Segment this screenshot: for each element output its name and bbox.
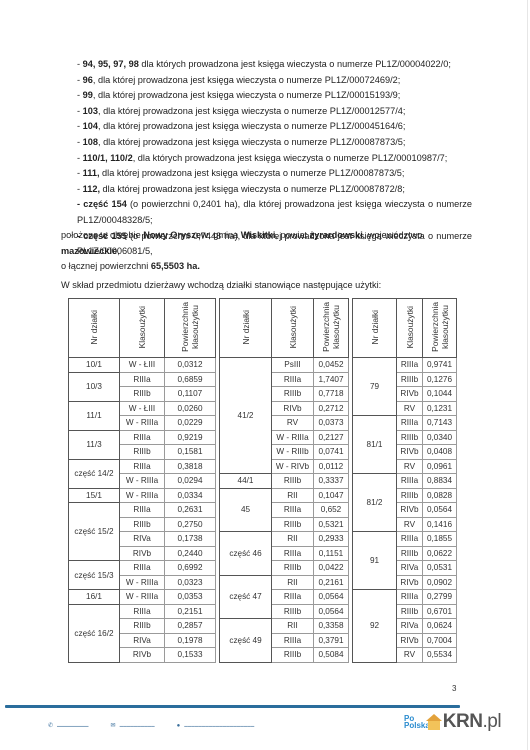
plot-number-cell: 10/3 [69, 372, 120, 401]
total-area-line: o łącznej powierzchni 65,5503 ha. [61, 259, 472, 275]
land-class-cell: RIIIb [397, 372, 423, 387]
table-row: 41/2PsIII0,0452 [220, 358, 349, 373]
area-cell: 0,2127 [314, 430, 349, 445]
county-name: żyrardowski [310, 230, 363, 240]
email-icon: ✉ [111, 722, 116, 729]
land-class-cell: W - ŁIII [120, 358, 165, 373]
land-class-cell: RV [397, 459, 423, 474]
land-class-cell: RIVa [120, 532, 165, 547]
land-class-cell: RIVb [397, 503, 423, 518]
commune-name: Wiskitki [241, 230, 276, 240]
header-class: Klasoużytki [272, 299, 314, 358]
area-cell: 0,2151 [165, 604, 216, 619]
land-class-cell: RII [272, 488, 314, 503]
area-cell: 0,7718 [314, 387, 349, 402]
area-cell: 0,0564 [314, 590, 349, 605]
land-class-cell: RII [272, 575, 314, 590]
plot-number-cell: część 15/2 [69, 503, 120, 561]
table-row: 45RII0,1047 [220, 488, 349, 503]
area-cell: 0,9741 [423, 358, 457, 373]
plot-number-cell: 11/1 [69, 401, 120, 430]
table-row: 16/1W - RIIIa0,0353 [69, 590, 216, 605]
land-class-cell: RIIIb [272, 517, 314, 532]
parcel-line: - 110/1, 110/2, dla których prowadzona j… [77, 151, 472, 167]
table-row: część 49RII0,3358 [220, 619, 349, 634]
area-cell: 0,0531 [423, 561, 457, 576]
krn-logo-text: KRN.pl [443, 711, 501, 733]
voivodeship-name: mazowieckie [61, 246, 117, 256]
area-cell: 0,1855 [423, 532, 457, 547]
land-class-cell: W - RIIIa [120, 590, 165, 605]
area-cell: 0,3337 [314, 474, 349, 489]
plot-number-cell: 41/2 [220, 358, 272, 474]
table-row: 44/1RIIIb0,3337 [220, 474, 349, 489]
house-icon [426, 714, 442, 730]
email-text-blurred: ▬▬▬▬▬▬▬▬▬▬ [120, 724, 155, 728]
land-class-cell: RIIIb [397, 488, 423, 503]
area-cell: 0,2712 [314, 401, 349, 416]
plot-number-cell: 15/1 [69, 488, 120, 503]
plot-number-cell: część 47 [220, 575, 272, 619]
land-class-cell: RIVb [120, 648, 165, 663]
land-class-cell: PsIII [272, 358, 314, 373]
area-cell: 0,0624 [423, 619, 457, 634]
parcel-line: - 99, dla której prowadzona jest księga … [77, 88, 472, 104]
land-class-cell: RIIIa [120, 503, 165, 518]
table-row: część 46RII0,2933 [220, 532, 349, 547]
land-class-cell: RIVb [120, 546, 165, 561]
land-class-cell: RIVb [397, 633, 423, 648]
footer-email: ✉ ▬▬▬▬▬▬▬▬▬▬ [111, 722, 155, 729]
area-cell: 0,0229 [165, 416, 216, 431]
location-paragraph: położone w obrębie Nowy Oryszew, gmina W… [61, 228, 472, 275]
table-row: 15/1W - RIIIa0,0334 [69, 488, 216, 503]
area-cell: 0,0741 [314, 445, 349, 460]
area-cell: 0,0334 [165, 488, 216, 503]
land-class-cell: RII [272, 619, 314, 634]
land-class-cell: W - RIIIa [120, 474, 165, 489]
table-row: część 14/2RIIIa0,3818 [69, 459, 216, 474]
area-cell: 0,5321 [314, 517, 349, 532]
area-cell: 0,2750 [165, 517, 216, 532]
table-row: część 16/2RIIIa0,2151 [69, 604, 216, 619]
land-class-cell: RIIIa [120, 372, 165, 387]
land-class-cell: RIIIa [120, 561, 165, 576]
table-row: 81/1RIIIa0,7143 [353, 416, 457, 431]
page-number: 3 [452, 684, 456, 693]
land-class-cell: RIIIa [120, 430, 165, 445]
land-class-cell: RIIIb [120, 387, 165, 402]
area-cell: 0,1978 [165, 633, 216, 648]
header-area: Powierzchniaklasoużytku [423, 299, 457, 358]
land-class-cell: W - RIIIa [120, 416, 165, 431]
land-class-cell: RIIIb [272, 387, 314, 402]
header-class: Klasoużytki [397, 299, 423, 358]
land-class-cell: RIIIa [397, 474, 423, 489]
area-cell: 0,5084 [314, 648, 349, 663]
area-cell: 0,652 [314, 503, 349, 518]
area-cell: 0,7004 [423, 633, 457, 648]
area-cell: 0,1533 [165, 648, 216, 663]
header-area: Powierzchniaklasoużytku [165, 299, 216, 358]
parcel-line: - 104, dla której prowadzona jest księga… [77, 119, 472, 135]
plot-number-cell: 79 [353, 358, 397, 416]
land-class-cell: RIIIa [397, 532, 423, 547]
land-class-cell: RIIIb [397, 604, 423, 619]
plot-number-cell: część 14/2 [69, 459, 120, 488]
land-class-cell: RIVa [397, 561, 423, 576]
footer-address: ● ▬▬▬▬▬▬▬▬▬▬▬▬▬▬▬▬▬▬▬▬ [177, 723, 255, 729]
area-cell: 0,0323 [165, 575, 216, 590]
land-class-cell: RIVb [272, 401, 314, 416]
land-class-cell: RIIIa [272, 633, 314, 648]
land-class-cell: W - ŁIII [120, 401, 165, 416]
area-cell: 0,0340 [423, 430, 457, 445]
land-class-cell: RIIIa [397, 358, 423, 373]
area-cell: 0,1276 [423, 372, 457, 387]
parcel-line: - 103, dla której prowadzona jest księga… [77, 104, 472, 120]
plot-number-cell: 91 [353, 532, 397, 590]
part-parcel-line: - część 154 (o powierzchni 0,2401 ha), d… [77, 197, 472, 213]
area-cell: 0,0112 [314, 459, 349, 474]
area-cell: 0,1107 [165, 387, 216, 402]
land-class-cell: RIIIa [272, 372, 314, 387]
land-class-cell: RIVb [397, 445, 423, 460]
plot-number-cell: 81/2 [353, 474, 397, 532]
area-cell: 0,5534 [423, 648, 457, 663]
land-class-cell: RV [272, 416, 314, 431]
parcel-line: - 111, dla której prowadzona jest księga… [77, 166, 472, 182]
area-cell: 0,0828 [423, 488, 457, 503]
table-row: 10/1W - ŁIII0,0312 [69, 358, 216, 373]
area-cell: 0,7143 [423, 416, 457, 431]
area-cell: 0,3791 [314, 633, 349, 648]
area-cell: 0,1231 [423, 401, 457, 416]
parcel-line: - 112, dla której prowadzona jest księga… [77, 182, 472, 198]
header-area: Powierzchniaklasoużytku [314, 299, 349, 358]
table-row: 91RIIIa0,1855 [353, 532, 457, 547]
area-cell: 0,2857 [165, 619, 216, 634]
plot-number-cell: 16/1 [69, 590, 120, 605]
area-cell: 0,3818 [165, 459, 216, 474]
land-class-cell: RIIIb [397, 546, 423, 561]
area-cell: 0,6992 [165, 561, 216, 576]
tables-intro: W skład przedmiotu dzierżawy wchodzą dzi… [61, 280, 381, 290]
table-header-row: Nr działkiKlasoużytkiPowierzchniaklasouż… [69, 299, 216, 358]
area-cell: 0,0564 [423, 503, 457, 518]
table-row: 92RIIIa0,2799 [353, 590, 457, 605]
plot-number-cell: część 15/3 [69, 561, 120, 590]
plot-number-cell: część 16/2 [69, 604, 120, 662]
address-text-blurred: ▬▬▬▬▬▬▬▬▬▬▬▬▬▬▬▬▬▬▬▬ [184, 724, 254, 728]
area-cell: 0,1416 [423, 517, 457, 532]
table-row: część 47RII0,2161 [220, 575, 349, 590]
plot-number-cell: 11/3 [69, 430, 120, 459]
header-class: Klasoużytki [120, 299, 165, 358]
land-class-cell: W - RIIIa [272, 430, 314, 445]
area-cell: 0,2799 [423, 590, 457, 605]
footer-divider [5, 705, 460, 708]
plot-number-cell: 44/1 [220, 474, 272, 489]
land-class-cell: RIVb [397, 387, 423, 402]
land-class-cell: RV [397, 401, 423, 416]
area-cell: 0,0408 [423, 445, 457, 460]
plot-number-cell: 92 [353, 590, 397, 663]
table-header-row: Nr działkiKlasoużytkiPowierzchniaklasouż… [353, 299, 457, 358]
area-cell: 0,0622 [423, 546, 457, 561]
plot-number-cell: część 49 [220, 619, 272, 663]
document-page: - 94, 95, 97, 98 dla których prowadzona … [0, 0, 530, 750]
area-cell: 0,0373 [314, 416, 349, 431]
table-row: 81/2RIIIa0,8834 [353, 474, 457, 489]
land-class-cell: RIVb [397, 575, 423, 590]
footer-phone: ✆ ▬▬▬▬▬▬▬▬▬ [48, 722, 89, 729]
area-cell: 0,0260 [165, 401, 216, 416]
area-cell: 0,0902 [423, 575, 457, 590]
table-row: 10/3RIIIa0,6859 [69, 372, 216, 387]
total-area: 65,5503 ha. [151, 261, 200, 271]
land-class-cell: RIIIa [272, 590, 314, 605]
area-cell: 0,0312 [165, 358, 216, 373]
area-cell: 0,2933 [314, 532, 349, 547]
table-row: 11/1W - ŁIII0,0260 [69, 401, 216, 416]
land-class-cell: RIVa [120, 633, 165, 648]
map-pin-icon: ● [177, 723, 181, 729]
parcel-line: - 94, 95, 97, 98 dla których prowadzona … [77, 57, 472, 73]
land-use-table-2: Nr działkiKlasoużytkiPowierzchniaklasouż… [219, 298, 349, 663]
land-class-cell: W - RIIIb [272, 445, 314, 460]
land-class-cell: W - RIIIa [120, 488, 165, 503]
area-cell: 0,1738 [165, 532, 216, 547]
header-plot-no: Nr działki [220, 299, 272, 358]
land-class-cell: RIIIa [120, 604, 165, 619]
land-class-cell: RIIIa [397, 416, 423, 431]
area-cell: 0,0961 [423, 459, 457, 474]
land-class-cell: RIIIb [272, 604, 314, 619]
land-class-cell: RIIIb [397, 430, 423, 445]
plot-number-cell: część 46 [220, 532, 272, 576]
area-cell: 0,2631 [165, 503, 216, 518]
parcel-line: - 108, dla której prowadzona jest księga… [77, 135, 472, 151]
area-cell: 0,1581 [165, 445, 216, 460]
area-cell: 0,1047 [314, 488, 349, 503]
precinct-name: Nowy Oryszew [143, 230, 208, 240]
table-row: 11/3RIIIa0,9219 [69, 430, 216, 445]
page-edge [527, 0, 528, 750]
parcel-line: - 96, dla której prowadzona jest księga … [77, 73, 472, 89]
land-class-cell: RV [397, 648, 423, 663]
land-class-cell: RIIIb [120, 619, 165, 634]
land-use-table-3: Nr działkiKlasoużytkiPowierzchniaklasouż… [352, 298, 457, 663]
land-class-cell: W - RIIIa [120, 575, 165, 590]
plot-number-cell: 45 [220, 488, 272, 532]
table-header-row: Nr działkiKlasoużytkiPowierzchniaklasouż… [220, 299, 349, 358]
area-cell: 0,0422 [314, 561, 349, 576]
area-cell: 0,1044 [423, 387, 457, 402]
land-class-cell: RIIIa [272, 546, 314, 561]
area-cell: 0,6701 [423, 604, 457, 619]
part-parcel-line-cont: PL1Z/00048328/5; [77, 213, 472, 229]
land-use-table-1: Nr działkiKlasoużytkiPowierzchniaklasouż… [68, 298, 216, 663]
area-cell: 0,3358 [314, 619, 349, 634]
area-cell: 0,1151 [314, 546, 349, 561]
land-class-cell: RIIIb [272, 474, 314, 489]
area-cell: 0,2440 [165, 546, 216, 561]
land-class-cell: RIIIa [272, 503, 314, 518]
land-class-cell: RIIIb [120, 517, 165, 532]
header-plot-no: Nr działki [353, 299, 397, 358]
area-cell: 0,0294 [165, 474, 216, 489]
area-cell: 0,0353 [165, 590, 216, 605]
land-class-cell: RIIIa [120, 459, 165, 474]
land-class-cell: RIIIa [397, 590, 423, 605]
plot-number-cell: 81/1 [353, 416, 397, 474]
table-row: część 15/2RIIIa0,2631 [69, 503, 216, 518]
location-line: położone w obrębie Nowy Oryszew, gmina W… [61, 228, 472, 259]
land-class-cell: W - RIVb [272, 459, 314, 474]
area-cell: 0,8834 [423, 474, 457, 489]
land-class-cell: RIIIb [272, 561, 314, 576]
land-class-cell: RII [272, 532, 314, 547]
area-cell: 1,7407 [314, 372, 349, 387]
header-plot-no: Nr działki [69, 299, 120, 358]
area-cell: 0,2161 [314, 575, 349, 590]
phone-icon: ✆ [48, 722, 53, 729]
phone-text-blurred: ▬▬▬▬▬▬▬▬▬ [57, 724, 89, 728]
land-class-cell: RV [397, 517, 423, 532]
table-row: 79RIIIa0,9741 [353, 358, 457, 373]
table-row: część 15/3RIIIa0,6992 [69, 561, 216, 576]
land-class-cell: RIIIb [120, 445, 165, 460]
area-cell: 0,6859 [165, 372, 216, 387]
land-class-cell: RIIIb [272, 648, 314, 663]
land-class-cell: RIVa [397, 619, 423, 634]
area-cell: 0,0564 [314, 604, 349, 619]
plot-number-cell: 10/1 [69, 358, 120, 373]
area-cell: 0,9219 [165, 430, 216, 445]
krn-watermark-logo: Po Polska KRN.pl [404, 711, 501, 733]
area-cell: 0,0452 [314, 358, 349, 373]
footer-contacts: ✆ ▬▬▬▬▬▬▬▬▬ ✉ ▬▬▬▬▬▬▬▬▬▬ ● ▬▬▬▬▬▬▬▬▬▬▬▬▬… [48, 722, 254, 729]
